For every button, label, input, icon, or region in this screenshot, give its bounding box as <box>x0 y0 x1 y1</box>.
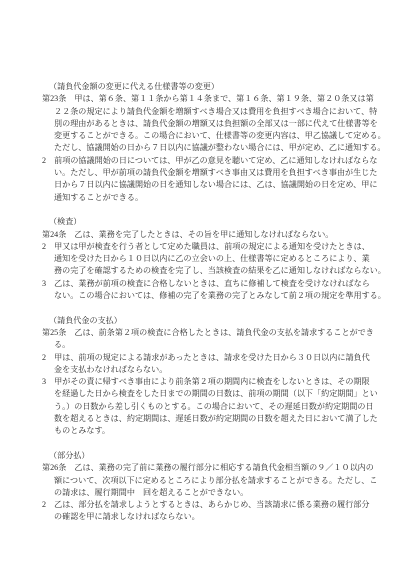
document-line: 3 甲がその責に帰すべき事由により前条第２項の期間内に検査をしないときは、その期… <box>42 376 378 388</box>
document-line: の確認を甲に請求しなければならない。 <box>42 511 378 523</box>
section-heading: （検査） <box>42 216 378 228</box>
document-line: い。ただし、甲が前項の請負代金額を増額すべき事由又は費用を負担すべき事由が生じた <box>42 167 378 179</box>
document-line: 通知することができる。 <box>42 192 378 204</box>
document-line: 通知を受けた日から１０日以内に乙の立会いの上、仕様書等に定めるところにより、業 <box>42 253 378 265</box>
section-heading: （請負代金額の変更に代える仕様書等の変更） <box>42 81 378 93</box>
document-line: の請求は、履行期間中 回を超えることができない。 <box>42 487 378 499</box>
document-line: 第23条 甲は、第６条、第１１条から第１４条まで、第１６条、第１９条、第２０条又… <box>42 93 378 105</box>
document-line: 3 乙は、業務が前項の検査に合格しないときは、直ちに修補して検査を受けなければな… <box>42 278 378 290</box>
document-line: 変更することができる。この場合において、仕様書等の変更内容は、甲乙協議して定める… <box>42 130 378 142</box>
document-line: 務の完了を確認するための検査を完了し、当該検査の結果を乙に通知しなければならない… <box>42 265 378 277</box>
document-line: 数を超えるときは、約定期間は、遅延日数が約定期間の日数を超えた日において満了した <box>42 413 378 425</box>
document-line: ２２条の規定により請負代金額を増額すべき場合又は費用を負担すべき場合において、特 <box>42 106 378 118</box>
contract-text-block: （請負代金額の変更に代える仕様書等の変更）第23条 甲は、第６条、第１１条から第… <box>42 81 378 524</box>
section-heading: （請負代金の支払） <box>42 315 378 327</box>
document-line: 第24条 乙は、業務を完了したときは、その旨を甲に通知しなければならない。 <box>42 229 378 241</box>
blank-line <box>42 438 378 450</box>
blank-line <box>42 204 378 216</box>
document-line: ない。この場合においては、修補の完了を業務の完了とみなして前２項の規定を準用する… <box>42 290 378 302</box>
document-line: ものとみなす。 <box>42 425 378 437</box>
document-line: を経過した日から検査をした日までの期間の日数は、前項の期間（以下「約定期間」とい <box>42 388 378 400</box>
document-line: 2 甲又は甲が検査を行う者として定めた職員は、前項の規定による通知を受けたときは… <box>42 241 378 253</box>
document-line: 2 甲は、前項の規定による請求があったときは、請求を受けた日から３０日以内に請負… <box>42 352 378 364</box>
document-line: 2 乙は、部分払を請求しようとするときは、あらかじめ、当該請求に係る業務の履行部… <box>42 499 378 511</box>
document-line: 日から７日以内に協議開始の日を通知しない場合には、乙は、協議開始の日を定め、甲に <box>42 179 378 191</box>
document-line: 別の理由があるときは、請負代金額の増額又は負担額の全部又は一部に代えて仕様書等を <box>42 118 378 130</box>
document-line: ただし、協議開始の日から７日以内に協議が整わない場合には、甲が定め、乙に通知する… <box>42 142 378 154</box>
document-line: る。 <box>42 339 378 351</box>
section-heading: （部分払） <box>42 450 378 462</box>
document-line: 第25条 乙は、前条第２項の検査に合格したときは、請負代金の支払を請求することが… <box>42 327 378 339</box>
document-page: （請負代金額の変更に代える仕様書等の変更）第23条 甲は、第６条、第１１条から第… <box>0 0 410 580</box>
document-line: 第26条 乙は、業務の完了前に業務の履行部分に相応する請負代金相当額の９／１０以… <box>42 462 378 474</box>
document-line: 金を支払わなければならない。 <box>42 364 378 376</box>
blank-line <box>42 302 378 314</box>
document-line: 額について、次項以下に定めるところにより部分払を請求することができる。ただし、こ <box>42 475 378 487</box>
document-line: 2 前項の協議開始の日については、甲が乙の意見を聴いて定め、乙に通知しなければな… <box>42 155 378 167</box>
document-line: う。）の日数から差し引くものとする。この場合において、その遅延日数が約定期間の日 <box>42 401 378 413</box>
